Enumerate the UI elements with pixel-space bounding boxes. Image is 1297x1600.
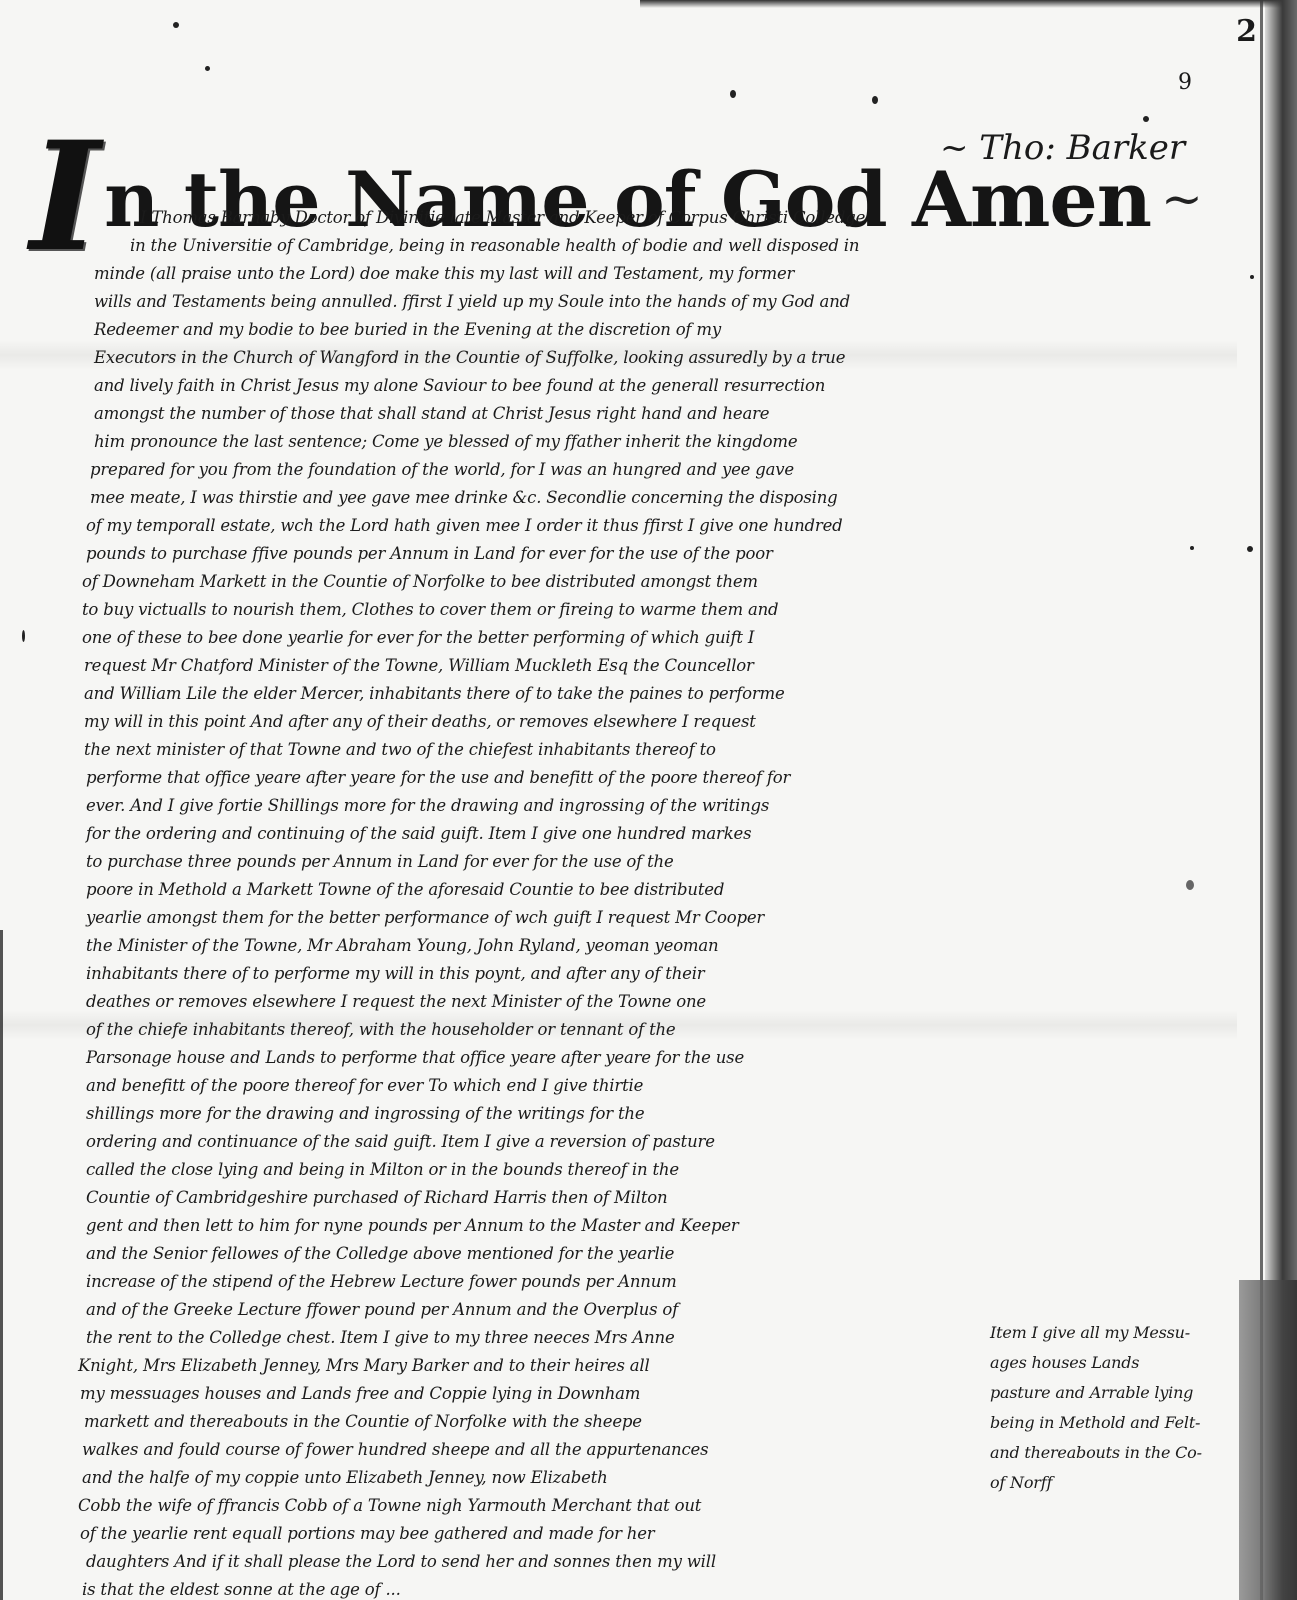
margin-note-line: and thereabouts in the Co- bbox=[990, 1438, 1260, 1468]
text-line: yearlie amongst them for the better perf… bbox=[86, 904, 972, 932]
text-line: Redeemer and my bodie to bee buried in t… bbox=[94, 316, 972, 344]
text-line: mee meate, I was thirstie and yee gave m… bbox=[90, 484, 972, 512]
margin-note-line: Item I give all my Messu- bbox=[990, 1318, 1260, 1348]
text-line: and the Senior fellowes of the Colledge … bbox=[86, 1240, 972, 1268]
text-line: of Downeham Markett in the Countie of No… bbox=[82, 568, 972, 596]
text-line: increase of the stipend of the Hebrew Le… bbox=[86, 1268, 972, 1296]
text-line: to purchase three pounds per Annum in La… bbox=[86, 848, 972, 876]
text-line: called the close lying and being in Milt… bbox=[86, 1156, 972, 1184]
margin-note-line: being in Methold and Felt- bbox=[990, 1408, 1260, 1438]
text-line: walkes and fould course of fower hundred… bbox=[82, 1436, 972, 1464]
margin-note-line: pasture and Arrable lying bbox=[990, 1378, 1260, 1408]
text-line: and the halfe of my coppie unto Elizabet… bbox=[82, 1464, 972, 1492]
text-line: wills and Testaments being annulled. ffi… bbox=[94, 288, 972, 316]
text-line: of the yearlie rent equall portions may … bbox=[80, 1520, 972, 1548]
margin-note: Item I give all my Messu- ages houses La… bbox=[990, 1318, 1260, 1498]
scan-speck bbox=[1247, 546, 1253, 552]
margin-note-line: ages houses Lands bbox=[990, 1348, 1260, 1378]
text-line: and lively faith in Christ Jesus my alon… bbox=[94, 372, 972, 400]
folio-sub-number: 9 bbox=[1178, 70, 1192, 95]
text-line: my messuages houses and Lands free and C… bbox=[80, 1380, 972, 1408]
text-line: the Minister of the Towne, Mr Abraham Yo… bbox=[86, 932, 972, 960]
scan-speck bbox=[872, 96, 878, 104]
scan-speck bbox=[1186, 880, 1194, 890]
text-line: poore in Methold a Markett Towne of the … bbox=[86, 876, 972, 904]
text-line: amongst the number of those that shall s… bbox=[94, 400, 972, 428]
text-line: Knight, Mrs Elizabeth Jenney, Mrs Mary B… bbox=[78, 1352, 972, 1380]
text-line: and of the Greeke Lecture ffower pound p… bbox=[86, 1296, 972, 1324]
text-line: my will in this point And after any of t… bbox=[84, 708, 972, 736]
text-line: minde (all praise unto the Lord) doe mak… bbox=[94, 260, 972, 288]
text-line: and William Lile the elder Mercer, inhab… bbox=[84, 680, 972, 708]
text-line: Cobb the wife of ffrancis Cobb of a Town… bbox=[78, 1492, 972, 1520]
text-line: one of these to bee done yearlie for eve… bbox=[82, 624, 972, 652]
text-line: is that the eldest sonne at the age of .… bbox=[82, 1576, 972, 1600]
text-line: to buy victualls to nourish them, Clothe… bbox=[82, 596, 972, 624]
text-line: pounds to purchase ffive pounds per Annu… bbox=[86, 540, 972, 568]
text-line: Countie of Cambridgeshire purchased of R… bbox=[86, 1184, 972, 1212]
text-line: request Mr Chatford Minister of the Town… bbox=[84, 652, 972, 680]
text-line: prepared for you from the foundation of … bbox=[90, 456, 972, 484]
text-line: in the Universitie of Cambridge, being i… bbox=[130, 232, 972, 260]
text-line: deathes or removes elsewhere I request t… bbox=[86, 988, 972, 1016]
text-line: shillings more for the drawing and ingro… bbox=[86, 1100, 972, 1128]
scan-speck bbox=[1250, 275, 1254, 279]
text-line: Parsonage house and Lands to performe th… bbox=[86, 1044, 972, 1072]
text-line: of the chiefe inhabitants thereof, with … bbox=[86, 1016, 972, 1044]
scan-speck bbox=[173, 22, 179, 28]
text-line: him pronounce the last sentence; Come ye… bbox=[94, 428, 972, 456]
text-line: the next minister of that Towne and two … bbox=[84, 736, 972, 764]
text-line: gent and then lett to him for nyne pound… bbox=[86, 1212, 972, 1240]
text-line: markett and thereabouts in the Countie o… bbox=[84, 1408, 972, 1436]
manuscript-page: 2 9 I n the Name of God Amen ~ ~ Tho: Ba… bbox=[0, 0, 1297, 1600]
will-body-text: I Thomas Barnaby Doctor of Divinitie lat… bbox=[72, 204, 972, 1600]
scan-speck bbox=[205, 66, 210, 71]
text-line: for the ordering and continuing of the s… bbox=[86, 820, 972, 848]
scan-top-edge bbox=[640, 0, 1297, 8]
margin-note-line: of Norff bbox=[990, 1468, 1260, 1498]
text-line: and benefitt of the poore thereof for ev… bbox=[86, 1072, 972, 1100]
scan-speck bbox=[1190, 546, 1194, 550]
text-line: ever. And I give fortie Shillings more f… bbox=[86, 792, 972, 820]
text-line: inhabitants there of to performe my will… bbox=[86, 960, 972, 988]
scan-speck bbox=[22, 630, 25, 642]
text-line: Executors in the Church of Wangford in t… bbox=[94, 344, 972, 372]
text-line: performe that office yeare after yeare f… bbox=[86, 764, 972, 792]
text-line: daughters And if it shall please the Lor… bbox=[86, 1548, 972, 1576]
text-line: I Thomas Barnaby Doctor of Divinitie lat… bbox=[140, 204, 972, 232]
scan-left-edge bbox=[0, 930, 3, 1600]
signature: ~ Tho: Barker bbox=[940, 128, 1185, 168]
text-line: of my temporall estate, wch the Lord hat… bbox=[86, 512, 972, 540]
scan-speck bbox=[730, 90, 736, 98]
heading-flourish: ~ bbox=[1161, 170, 1203, 228]
text-line: the rent to the Colledge chest. Item I g… bbox=[86, 1324, 972, 1352]
folio-number: 2 bbox=[1236, 14, 1257, 49]
text-line: ordering and continuance of the said gui… bbox=[86, 1128, 972, 1156]
